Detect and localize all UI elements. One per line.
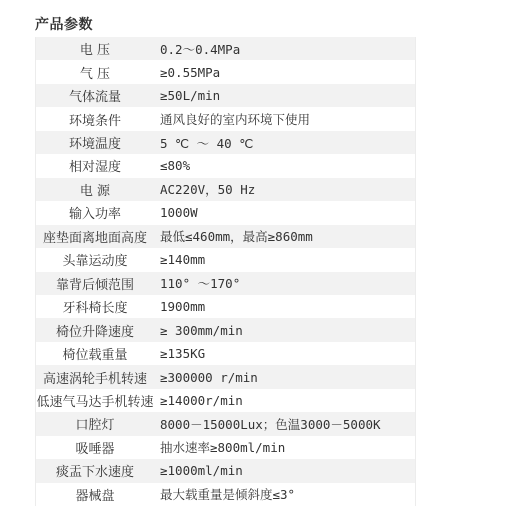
param-label: 气 压	[36, 63, 154, 82]
param-label: 器械盘	[36, 485, 154, 504]
param-value: ≥140mm	[154, 252, 415, 267]
param-label: 椅位载重量	[36, 344, 154, 363]
param-label: 高速涡轮手机转速	[36, 368, 154, 387]
param-value: 通风良好的室内环境下使用	[154, 110, 415, 128]
param-label: 座垫面离地面高度	[36, 227, 154, 246]
param-label: 口腔灯	[36, 414, 154, 433]
param-label: 牙科椅长度	[36, 297, 154, 316]
table-row: 口腔灯8000－15000Lux；色温3000－5000K	[36, 412, 415, 435]
table-row: 相对湿度≤80%	[36, 154, 415, 177]
param-value: ≥0.55MPa	[154, 65, 415, 80]
param-value: ≥ 300mm/min	[154, 323, 415, 338]
param-label: 靠背后倾范围	[36, 274, 154, 293]
param-value: 5 ℃ ～ 40 ℃	[154, 134, 415, 152]
param-label: 头靠运动度	[36, 250, 154, 269]
param-label: 环境条件	[36, 110, 154, 129]
table-row: 座垫面离地面高度最低≤460mm，最高≥860mm	[36, 225, 415, 248]
param-value: 抽水速率≥800ml/min	[154, 438, 415, 456]
param-value: 1000W	[154, 205, 415, 220]
param-label: 环境温度	[36, 133, 154, 152]
table-row: 高速涡轮手机转速≥300000 r/min	[36, 365, 415, 388]
param-label: 低速气马达手机转速	[36, 391, 154, 410]
param-value: ≥50L/min	[154, 88, 415, 103]
table-row: 椅位升降速度≥ 300mm/min	[36, 318, 415, 341]
table-row: 吸唾器抽水速率≥800ml/min	[36, 436, 415, 459]
param-value: 最大载重量是倾斜度≤3°	[154, 485, 415, 503]
param-value: 最低≤460mm，最高≥860mm	[154, 227, 415, 245]
table-row: 低速气马达手机转速≥14000r/min	[36, 389, 415, 412]
table-row: 电 压0.2～0.4MPa	[36, 37, 415, 60]
param-label: 电 源	[36, 180, 154, 199]
param-value: 110° ～170°	[154, 274, 415, 292]
param-value: 0.2～0.4MPa	[154, 40, 415, 58]
param-label: 吸唾器	[36, 438, 154, 457]
table-row: 头靠运动度≥140mm	[36, 248, 415, 271]
table-row: 输入功率1000W	[36, 201, 415, 224]
table-row: 器械盘最大载重量是倾斜度≤3°	[36, 483, 415, 506]
table-row: 环境条件通风良好的室内环境下使用	[36, 107, 415, 130]
table-row: 气体流量≥50L/min	[36, 84, 415, 107]
table-row: 环境温度5 ℃ ～ 40 ℃	[36, 131, 415, 154]
product-page: 产品参数 电 压0.2～0.4MPa气 压≥0.55MPa气体流量≥50L/mi…	[0, 0, 525, 506]
table-row: 牙科椅长度1900mm	[36, 295, 415, 318]
param-label: 气体流量	[36, 86, 154, 105]
param-label: 输入功率	[36, 203, 154, 222]
param-value: ≥14000r/min	[154, 393, 415, 408]
param-label: 痰盂下水速度	[36, 461, 154, 480]
table-row: 椅位载重量≥135KG	[36, 342, 415, 365]
param-label: 相对湿度	[36, 156, 154, 175]
table-row: 痰盂下水速度≥1000ml/min	[36, 459, 415, 482]
param-value: 1900mm	[154, 299, 415, 314]
param-value: 8000－15000Lux；色温3000－5000K	[154, 415, 415, 433]
table-row: 电 源AC220V，50 Hz	[36, 178, 415, 201]
param-label: 电 压	[36, 39, 154, 58]
param-value: ≥1000ml/min	[154, 463, 415, 478]
param-label: 椅位升降速度	[36, 321, 154, 340]
param-value: AC220V，50 Hz	[154, 180, 415, 198]
table-row: 靠背后倾范围110° ～170°	[36, 272, 415, 295]
specs-table: 电 压0.2～0.4MPa气 压≥0.55MPa气体流量≥50L/min环境条件…	[35, 37, 416, 506]
param-value: ≥135KG	[154, 346, 415, 361]
param-value: ≤80%	[154, 158, 415, 173]
page-title: 产品参数	[35, 14, 93, 34]
table-row: 气 压≥0.55MPa	[36, 60, 415, 83]
param-value: ≥300000 r/min	[154, 370, 415, 385]
